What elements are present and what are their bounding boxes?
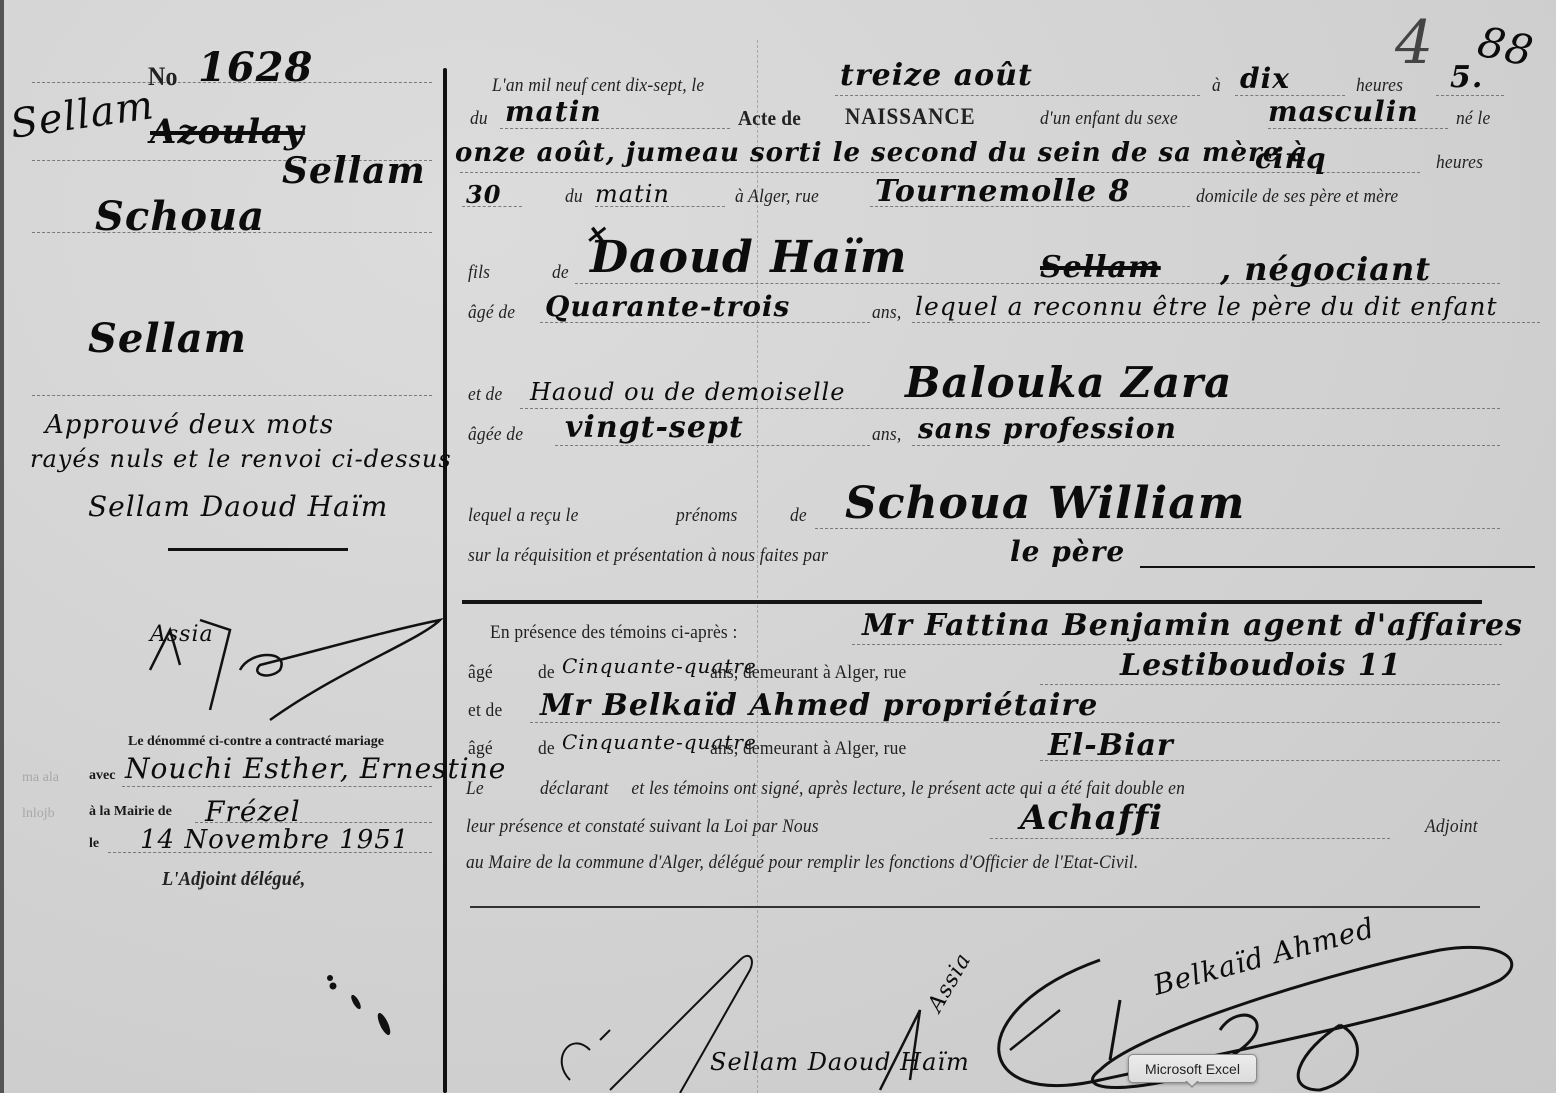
witnesses-intro: En présence des témoins ci-après : (490, 622, 737, 644)
field-rule (912, 322, 1540, 323)
act-number: 1628 (198, 44, 313, 91)
birth-street: Tournemolle 8 (875, 174, 1130, 209)
de-label: de (790, 505, 807, 527)
witness-1-age-label: âgé (468, 662, 493, 684)
margin-rule (122, 786, 432, 787)
bleed-through-text: lnlojb (22, 806, 55, 822)
birth-detail: onze août, jumeau sorti le second du sei… (455, 138, 1308, 168)
age-label: âgé de (468, 302, 515, 324)
dock-app-tooltip: Microsoft Excel (1128, 1054, 1257, 1083)
father-profession: , négociant (1220, 250, 1431, 288)
du-label: du (565, 186, 583, 208)
field-rule (1040, 684, 1500, 685)
field-rule (835, 95, 1200, 96)
et-de-label: et de (468, 384, 502, 406)
margin-signature-sellam: Sellam Daoud Haïm (88, 490, 388, 523)
witness-2-name: Mr Belkaïd Ahmed propriétaire (540, 688, 1098, 723)
ans-label: ans, (872, 424, 901, 446)
name-line-surname: Sellam (282, 150, 426, 192)
intro-text: L'an mil neuf cent dix-sept, le (492, 75, 704, 97)
mother-profession: sans profession (918, 412, 1177, 445)
registration-hour: dix (1240, 62, 1290, 95)
witness-2-age-label: âgé (468, 738, 493, 760)
approval-note-line-2: rayés nuls et le renvoi ci-dessus (30, 445, 452, 473)
sex-label: d'un enfant du sexe (1040, 108, 1178, 130)
ans-label: ans, (872, 302, 901, 324)
closing-line-3: au Maire de la commune d'Alger, délégué … (466, 852, 1138, 874)
prenoms-label: prénoms (676, 505, 737, 527)
margin-rule (32, 232, 432, 233)
spouse-name: Nouchi Esther, Ernestine (125, 752, 506, 785)
field-rule (555, 445, 870, 446)
scanned-birth-certificate: 4 88 No 1628 Sellam Azoulay Sellam Schou… (0, 0, 1556, 1093)
act-title-prefix: Acte de (738, 106, 801, 131)
signature-area-rule (470, 906, 1480, 908)
margin-surname: Sellam (8, 82, 157, 148)
mother-prefix: Haoud ou de demoiselle (530, 378, 845, 406)
marriage-date: 14 Novembre 1951 (140, 825, 409, 855)
closing-line-2: leur présence et constaté suivant la Loi… (466, 816, 819, 838)
birth-period: matin (595, 180, 670, 208)
marriage-date-label: le (89, 836, 99, 852)
witness-2-residence-label: ans, demeurant à Alger, rue (710, 738, 906, 760)
requisition-text: sur la réquisition et présentation à nou… (468, 545, 828, 567)
marriage-mairie-value: Frézel (205, 795, 301, 828)
adjoint-label: Adjoint (1425, 816, 1478, 838)
domicile-text: domicile de ses père et mère (1196, 186, 1398, 208)
mother-age: vingt-sept (565, 410, 744, 445)
de-label: de (538, 662, 555, 684)
margin-divider (443, 68, 447, 1093)
field-rule (1436, 95, 1504, 96)
fils-label: fils (468, 262, 490, 284)
tooltip-pointer (1185, 1081, 1199, 1088)
father-recognition: lequel a reconnu être le père du dit enf… (915, 292, 1498, 321)
marriage-avec-label: avec (89, 768, 115, 784)
field-rule (912, 445, 1500, 446)
field-rule (500, 128, 730, 129)
margin-rule (32, 395, 432, 396)
marriage-mairie-label: à la Mairie de (89, 804, 172, 820)
witness-2-street: El-Biar (1048, 728, 1174, 763)
de-label: de (538, 738, 555, 760)
witness-1-street: Lestiboudois 11 (1120, 648, 1402, 683)
alger-rue-label: à Alger, rue (735, 186, 819, 208)
bleed-through-text: ma ala (22, 770, 59, 786)
birth-hour: cinq (1255, 142, 1327, 175)
closing-prefix: Le (466, 778, 484, 800)
number-label: No (148, 62, 178, 92)
mother-age-label: âgée de (468, 424, 523, 446)
field-rule (520, 408, 1500, 409)
signature-declarant: Sellam Daoud Haïm (710, 1048, 970, 1076)
correction-name: Sellam (88, 315, 247, 362)
field-rule (852, 644, 1502, 645)
margin-signature-assia: Assia (150, 622, 214, 647)
a-label: à (1212, 75, 1221, 97)
father-age: Quarante-trois (545, 290, 790, 323)
registration-minutes: 5. (1450, 60, 1483, 95)
signatures-flourishes (540, 930, 1540, 1093)
signature-flourish (168, 548, 348, 551)
officer-name: Achaffi (1020, 798, 1163, 838)
registration-period: matin (505, 95, 602, 128)
father-name: Daoud Haïm (590, 232, 907, 283)
field-rule (990, 838, 1390, 839)
adjoint-delegue-label: L'Adjoint délégué, (162, 868, 305, 891)
heures-label: heures (1356, 75, 1403, 97)
mother-name: Balouka Zara (905, 358, 1232, 407)
witness-1-residence-label: ans, demeurant à Alger, rue (710, 662, 906, 684)
birth-minutes: 30 (466, 180, 501, 209)
ink-spots (0, 960, 440, 1093)
field-rule (1140, 566, 1535, 568)
pencil-page-mark: 4 (1395, 8, 1434, 78)
child-sex: masculin (1268, 95, 1419, 128)
child-given-names: Schoua William (845, 478, 1245, 529)
du-label: du (470, 108, 488, 130)
ne-le-label: né le (1456, 108, 1490, 130)
scan-edge (0, 0, 4, 1093)
marriage-note-intro: Le dénommé ci-contre a contracté mariage (128, 734, 384, 750)
field-rule (1268, 128, 1448, 129)
father-struck-surname: Sellam (1040, 250, 1161, 285)
closing-line-1: déclarant et les témoins ont signé, aprè… (540, 778, 1185, 800)
witness-1-name: Mr Fattina Benjamin agent d'affaires (862, 608, 1523, 643)
requisition-by: le père (1010, 535, 1125, 568)
act-title: NAISSANCE (845, 104, 976, 130)
registration-date: treize août (840, 58, 1033, 93)
struck-name: Azoulay (150, 112, 305, 152)
de-label: de (552, 262, 569, 284)
heures-label: heures (1436, 152, 1483, 174)
section-divider (462, 600, 1482, 604)
given-names-pre: lequel a reçu le (468, 505, 579, 527)
approval-note-line-1: Approuvé deux mots (45, 410, 334, 440)
et-de-label: et de (468, 700, 502, 722)
